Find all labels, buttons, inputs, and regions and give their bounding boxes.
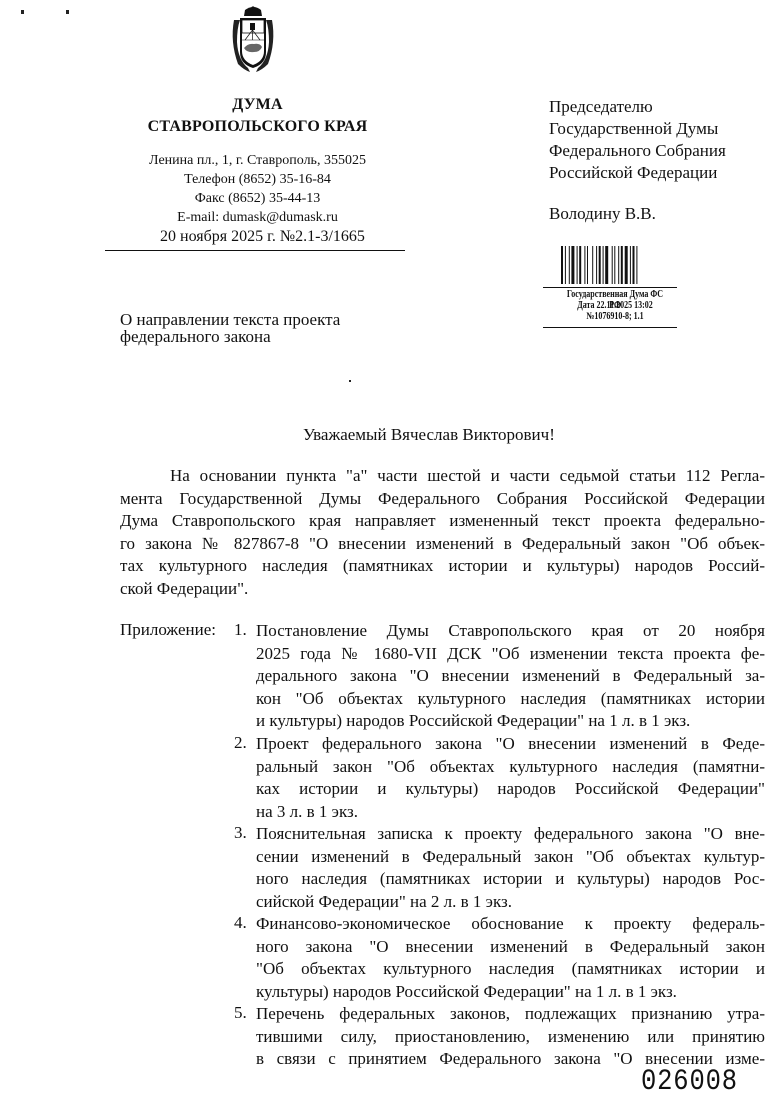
- attachment-line: ральный закон "Об объектах культурного н…: [256, 756, 765, 779]
- page-stamp-number: 026008: [641, 1065, 738, 1099]
- attachment-line: Перечень федеральных законов, подлежащих…: [256, 1003, 765, 1026]
- attachment-line: Постановление Думы Ставропольского края …: [256, 620, 765, 643]
- barcode-icon: [561, 246, 669, 284]
- attachment-line: кон "Об объектах культурного наследия (п…: [256, 688, 765, 711]
- addressee-line: Председателю: [549, 96, 726, 118]
- attachment-item: Пояснительная записка к проекту федераль…: [256, 823, 765, 913]
- attachment-line: сении изменений в Федеральный закон "Об …: [256, 846, 765, 869]
- scan-speck: [349, 380, 351, 382]
- attachment-line: дерального закона "О внесении изменений …: [256, 665, 765, 688]
- attachment-line: и культуры) народов Российской Федерации…: [256, 710, 765, 733]
- stamp-divider: [543, 327, 677, 328]
- addressee-line: Российской Федерации: [549, 162, 726, 184]
- org-email: E-mail: dumask@dumask.ru: [110, 208, 405, 227]
- org-name-line2: СТАВРОПОЛЬСКОГО КРАЯ: [110, 118, 405, 136]
- org-address: Ленина пл., 1, г. Ставрополь, 355025: [110, 151, 405, 170]
- attachment-line: ного наследия (памятниках истории и куль…: [256, 868, 765, 891]
- attachment-line: ного закона "О внесении изменений в Феде…: [256, 936, 765, 959]
- subject-line: О направлении текста проекта: [120, 311, 340, 328]
- stamp-divider: [543, 287, 677, 288]
- attachment-line: Проект федерального закона "О внесении и…: [256, 733, 765, 756]
- attachments-label: Приложение:: [120, 620, 216, 640]
- scan-speck: [21, 10, 24, 14]
- attachment-number: 3.: [234, 823, 247, 843]
- attachment-line: 2025 года № 1680-VII ДСК "Об изменении т…: [256, 643, 765, 666]
- org-name-line1: ДУМА: [110, 96, 405, 114]
- attachment-line: культуры) народов Российской Федерации" …: [256, 981, 765, 1004]
- attachment-line: Финансово-экономическое обоснование к пр…: [256, 913, 765, 936]
- attachment-item: Проект федерального закона "О внесении и…: [256, 733, 765, 823]
- attachment-item: Финансово-экономическое обоснование к пр…: [256, 913, 765, 1003]
- body-line: На основании пункта "а" части шестой и ч…: [120, 465, 765, 488]
- outgoing-ref: 20 ноября 2025 г. №2.1-3/1665: [160, 228, 365, 246]
- greeting: Уважаемый Вячеслав Викторович!: [303, 425, 555, 445]
- attachment-line: сийской Федерации" на 2 л. в 1 экз.: [256, 891, 765, 914]
- org-phone: Телефон (8652) 35-16-84: [110, 170, 405, 189]
- body-line: Дума Ставропольского края направляет изм…: [120, 510, 765, 533]
- attachment-number: 2.: [234, 733, 247, 753]
- body-line: мента Государственной Думы Федерального …: [120, 488, 765, 511]
- body-line: ской Федерации".: [120, 578, 765, 601]
- addressee-line: Государственной Думы: [549, 118, 726, 140]
- addressee-line: Федерального Собрания: [549, 140, 726, 162]
- recipient-name: Володину В.В.: [549, 204, 656, 224]
- attachment-item: Постановление Думы Ставропольского края …: [256, 620, 765, 733]
- attachment-line: ках истории и культуры) народов Российск…: [256, 778, 765, 801]
- org-fax: Факс (8652) 35-44-13: [110, 189, 405, 208]
- body-line: тах культурного наследия (памятниках ист…: [120, 555, 765, 578]
- attachment-line: на 3 л. в 1 экз.: [256, 801, 765, 824]
- stamp-number: №1076910-8; 1.1: [563, 311, 667, 322]
- scan-speck: [66, 10, 69, 14]
- attachment-number: 4.: [234, 913, 247, 933]
- coat-of-arms-icon: [228, 6, 278, 74]
- letter-subject: О направлении текста проекта федеральног…: [120, 311, 340, 345]
- addressee-block: Председателю Государственной Думы Федера…: [549, 96, 726, 184]
- attachment-line: Пояснительная записка к проекту федераль…: [256, 823, 765, 846]
- subject-line: федерального закона: [120, 328, 340, 345]
- attachment-line: "Об объектах культурного наследия (памят…: [256, 958, 765, 981]
- attachment-line: тившими силу, приостановлению, изменению…: [256, 1026, 765, 1049]
- stamp-date: Дата 22.11.2025 13:02: [563, 300, 667, 311]
- attachment-number: 5.: [234, 1003, 247, 1023]
- body-line: го закона № 827867-8 "О внесении изменен…: [120, 533, 765, 556]
- attachment-number: 1.: [234, 620, 247, 640]
- attachment-item: Перечень федеральных законов, подлежащих…: [256, 1003, 765, 1071]
- body-paragraph: На основании пункта "а" части шестой и ч…: [120, 465, 765, 600]
